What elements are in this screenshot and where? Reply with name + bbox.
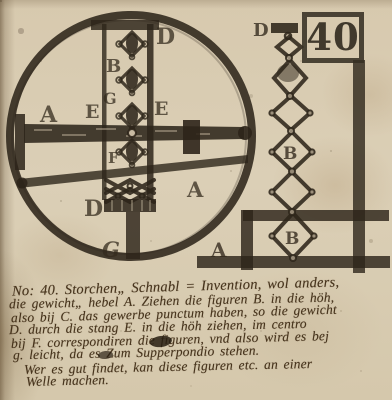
- scissor-jack: [106, 180, 154, 202]
- page-number-badge: 40: [302, 12, 364, 63]
- label-a-right: A: [186, 177, 204, 202]
- label-g-upper: G: [103, 89, 117, 108]
- label-e-left: E: [85, 101, 99, 123]
- vertical-lazy-tongs: [116, 32, 148, 167]
- label-d-lower: D: [84, 196, 103, 222]
- page-number: 40: [306, 19, 360, 56]
- label-d-chain: D: [253, 20, 269, 41]
- label-a-corner: A: [210, 238, 227, 262]
- label-b: B: [106, 56, 121, 77]
- label-b-chain-upper: B: [283, 144, 297, 164]
- label-g-lower: G: [102, 237, 120, 262]
- wheel-letters: D B G E E A F D G A: [39, 24, 204, 262]
- label-f: F: [108, 149, 119, 167]
- center-pivot: [128, 129, 136, 137]
- manuscript-page: D B G E E A F D G A: [0, 0, 392, 400]
- label-b-chain-lower: B: [285, 229, 299, 249]
- script-line-8: Welle machen.: [26, 372, 109, 390]
- label-d-top: D: [156, 24, 175, 50]
- label-a-left: A: [39, 102, 58, 128]
- label-e-right: E: [154, 98, 168, 120]
